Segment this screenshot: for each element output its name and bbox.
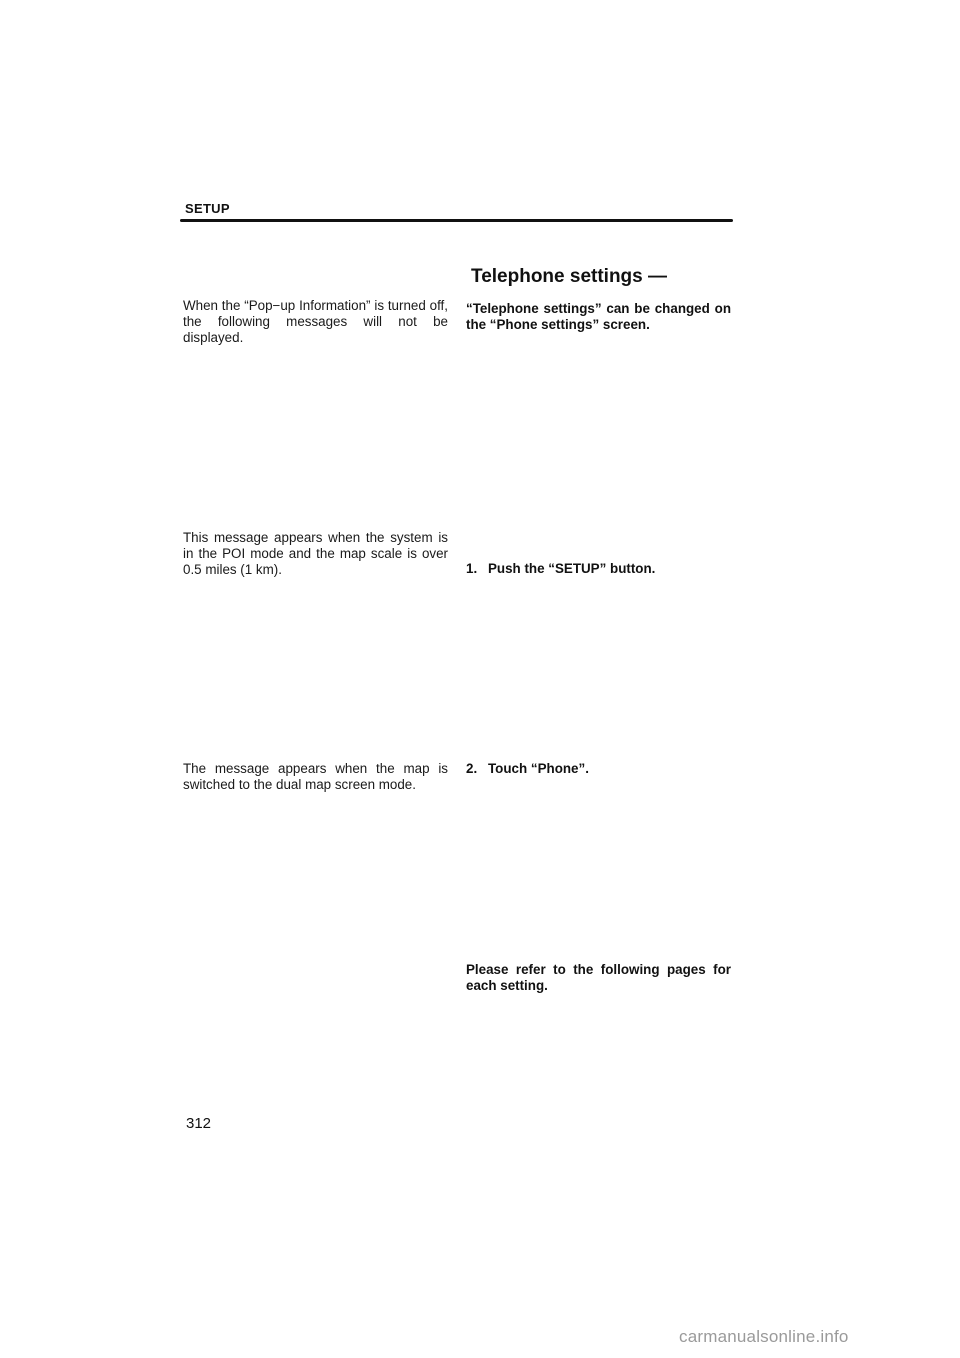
page-number: 312 [186,1115,211,1132]
step-1: 1.Push the “SETUP” button. [466,561,655,577]
section-header-label: SETUP [185,201,230,216]
step-number: 2. [466,761,488,777]
paragraph-text: Please refer to the following pages for … [466,962,731,993]
paragraph-text: This message appears when the system is … [183,530,448,577]
paragraph-text: When the “Pop−up Information” is turned … [183,298,448,345]
dual-map-message-paragraph: The message appears when the map is swit… [183,761,448,793]
paragraph-text: The message appears when the map is swit… [183,761,448,792]
step-text: Push the “SETUP” button. [488,561,655,576]
paragraph-text: “Telephone settings” can be changed on t… [466,301,731,332]
step-number: 1. [466,561,488,577]
header-divider [180,219,733,222]
closing-note: Please refer to the following pages for … [466,962,731,994]
popup-info-intro-paragraph: When the “Pop−up Information” is turned … [183,298,448,346]
telephone-settings-intro: “Telephone settings” can be changed on t… [466,301,731,333]
step-2: 2.Touch “Phone”. [466,761,589,777]
section-title: Telephone settings — [471,266,667,288]
watermark-link[interactable]: carmanualsonline.info [679,1327,849,1347]
poi-mode-message-paragraph: This message appears when the system is … [183,530,448,578]
step-text: Touch “Phone”. [488,761,589,776]
